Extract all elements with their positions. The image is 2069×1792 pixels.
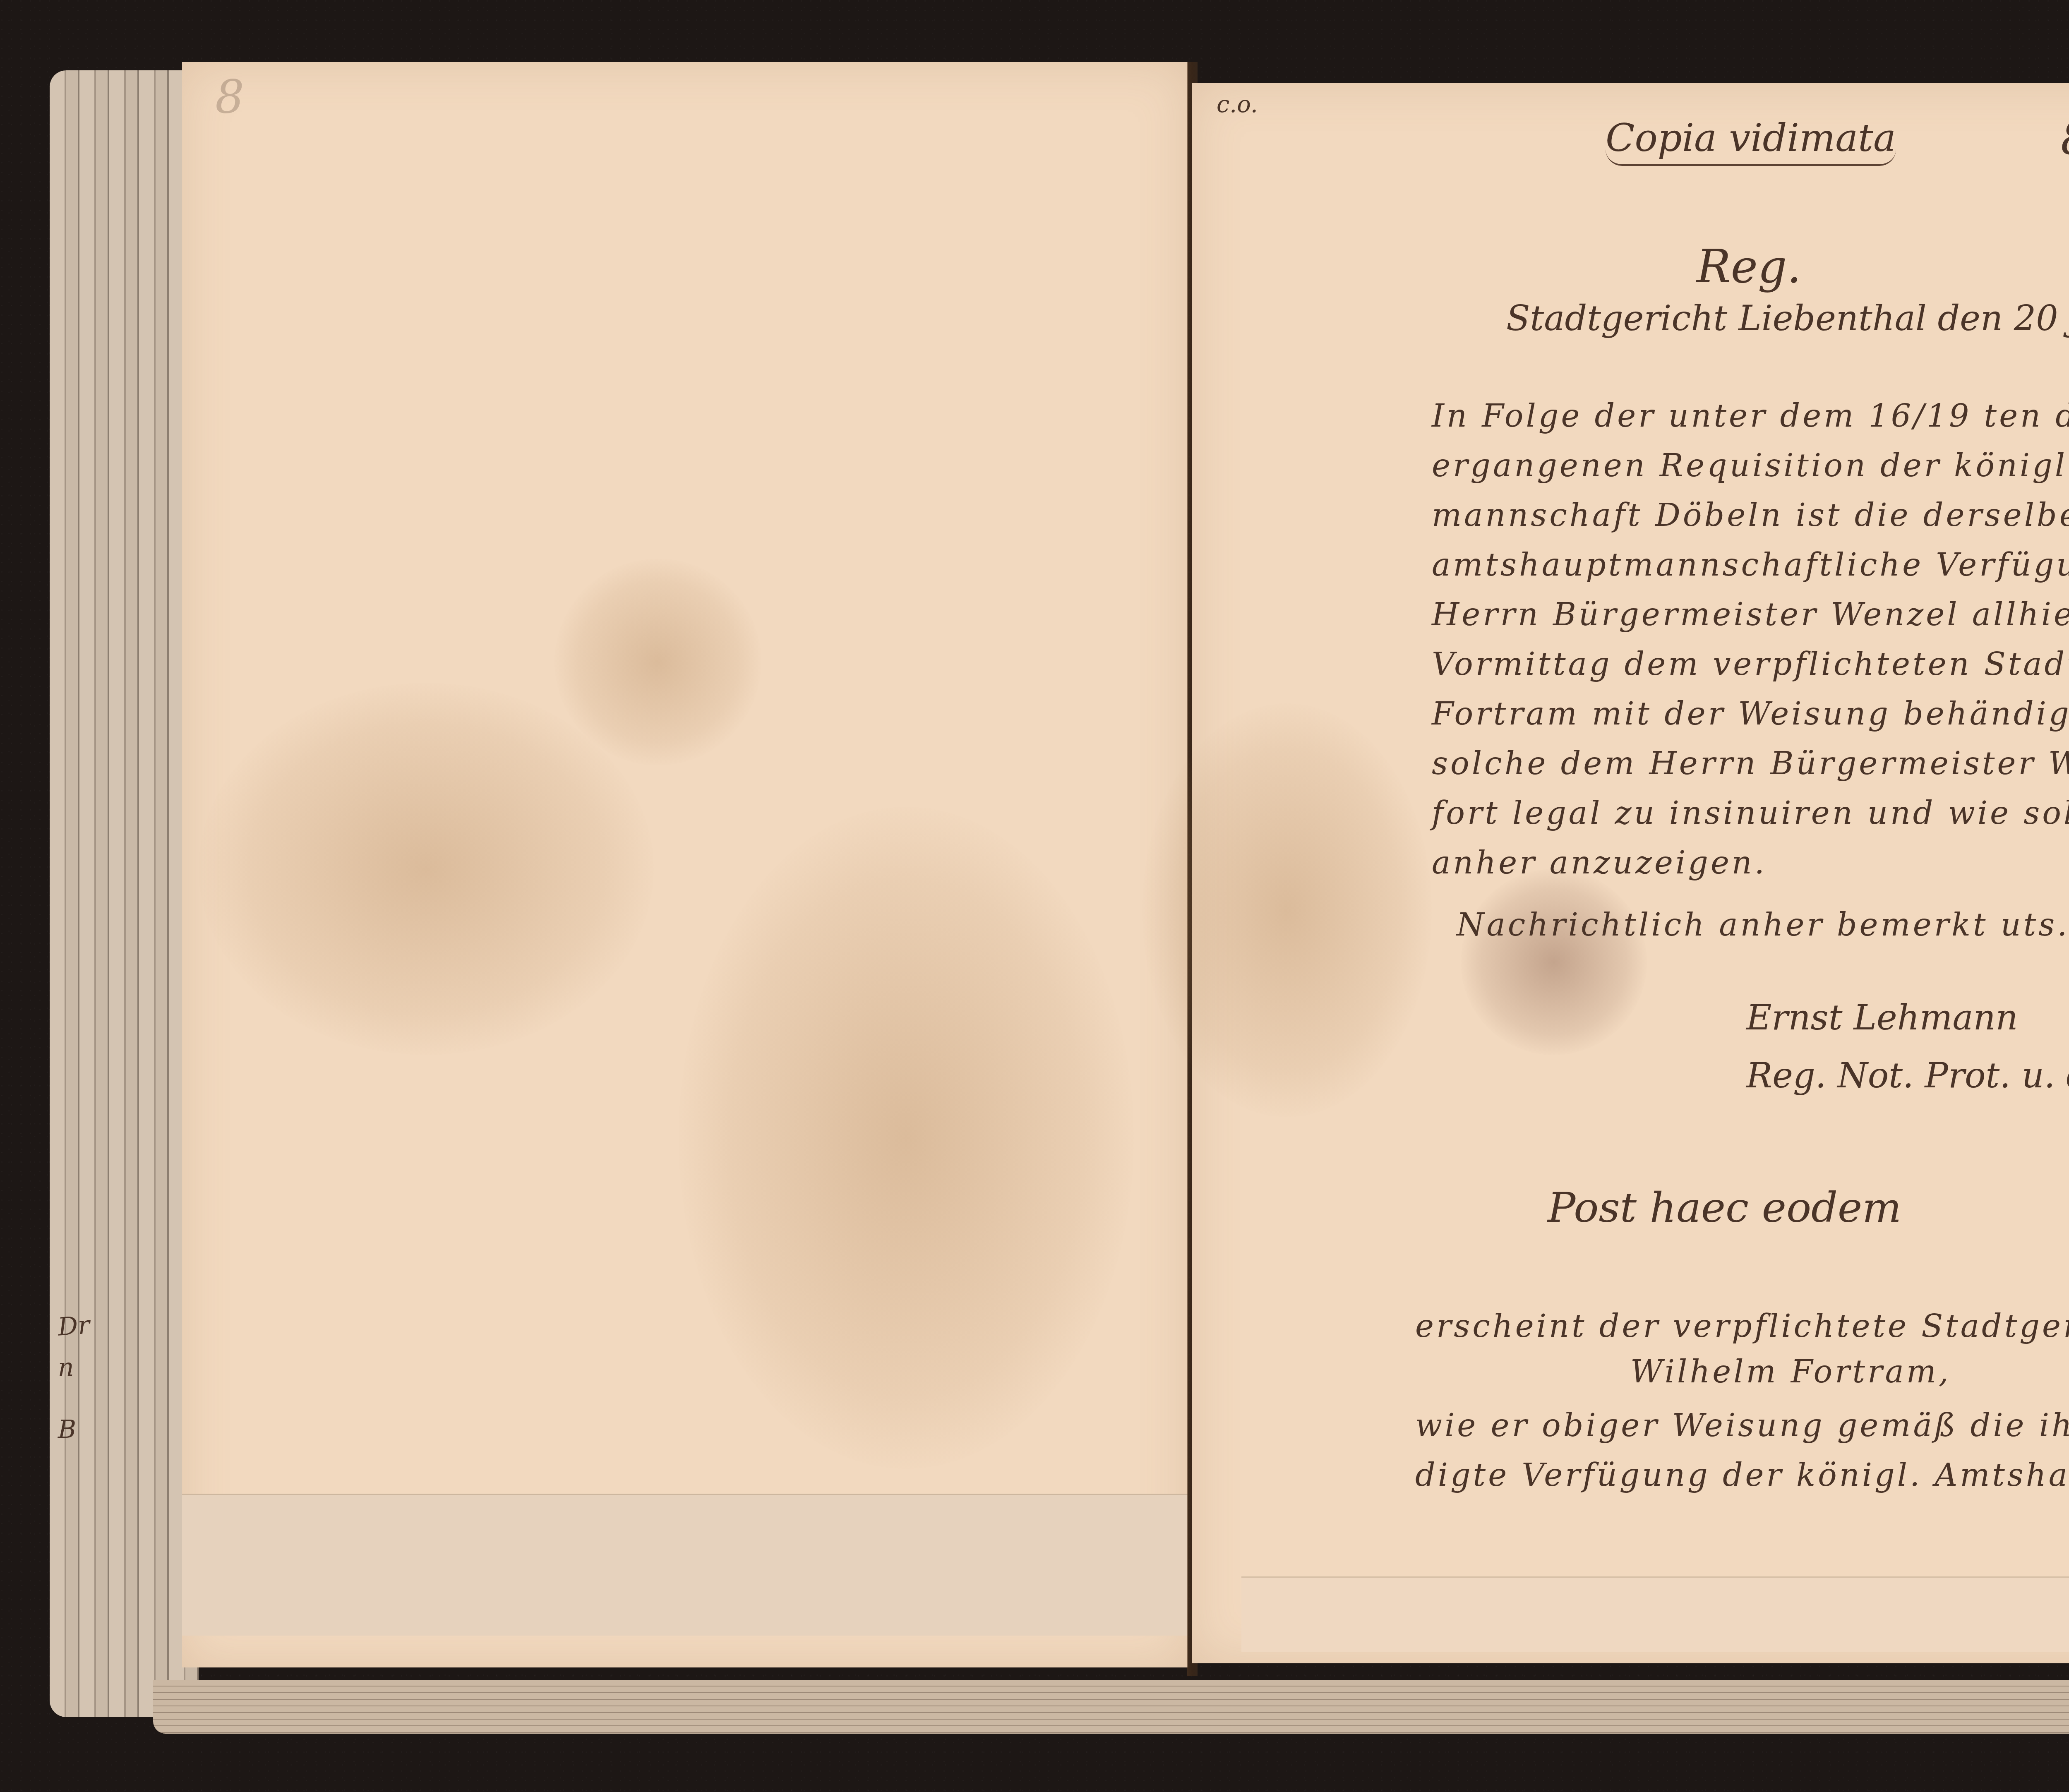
right-page: c.o. 80. Copia vidimata Reg. Stadtgerich… (1192, 83, 2069, 1663)
left-page-edges (50, 70, 199, 1717)
signature-title: Reg. Not. Prot. u. des. Stadtr. (1746, 1055, 2069, 1096)
heading-copia-vidimata: Copia vidimata (1606, 116, 1896, 166)
body-line: Nachrichtlich anher bemerkt uts. (1457, 906, 2069, 943)
water-stain (199, 683, 654, 1055)
continuation-line: digte Verfügung der königl. Amtshauptman… (1415, 1456, 2069, 1493)
water-stain (1142, 703, 1432, 1117)
body-line: In Folge der unter dem 16/19 ten d. M. a… (1432, 397, 2069, 434)
signature-name: Ernst Lehmann (1746, 997, 2018, 1038)
margin-fragment: Dr (57, 1310, 91, 1341)
folio-number: 80. (2061, 112, 2069, 165)
body-line: solche dem Herrn Bürgermeister Wenzel so… (1432, 745, 2069, 782)
subheading: Reg. (1697, 240, 1801, 293)
corner-mark: c.o. (1217, 91, 1258, 118)
body-line: Fortram mit der Weisung behändigt worden… (1432, 695, 2069, 732)
body-line: amtshauptmannschaftliche Verfügung an de… (1432, 546, 2069, 583)
left-folio-mark: 8 (215, 70, 244, 123)
continuation-line: Wilhelm Fortram, (1630, 1353, 1951, 1390)
water-stain (554, 559, 761, 765)
date-line: Stadtgericht Liebenthal den 20 Jan. 1840… (1506, 298, 2069, 338)
section-heading: Post haec eodem (1548, 1183, 1901, 1232)
margin-fragment: B (58, 1415, 76, 1444)
body-line: mannschaft Döbeln ist die derselben beig… (1432, 497, 2069, 533)
water-stain (679, 807, 1134, 1469)
open-book: 8 Dr n B c.o. 80. Copia vidimata Reg. St… (50, 46, 2069, 1734)
continuation-line: erscheint der verpflichtete Stadtgericht… (1415, 1307, 2069, 1344)
body-line: Vormittag dem verpflichteten Stadtgerich… (1432, 645, 2069, 682)
left-page: 8 (182, 62, 1188, 1667)
body-line: ergangenen Requisition der königl. Amtsh… (1432, 447, 2069, 484)
ink-blot (1461, 869, 1647, 1055)
body-line: anher anzuzeigen. (1432, 844, 1767, 881)
margin-fragment: n (58, 1353, 74, 1382)
bottom-page-edges (153, 1680, 2069, 1734)
body-line: fort legal zu insinuiren und wie solches… (1432, 794, 2069, 831)
continuation-line: wie er obiger Weisung gemäß die ihm behä… (1415, 1407, 2069, 1444)
left-bottom-leaf (182, 1494, 1188, 1636)
body-line: Herrn Bürgermeister Wenzel allhier, dies… (1432, 596, 2069, 633)
right-bottom-leaf (1241, 1576, 2069, 1652)
